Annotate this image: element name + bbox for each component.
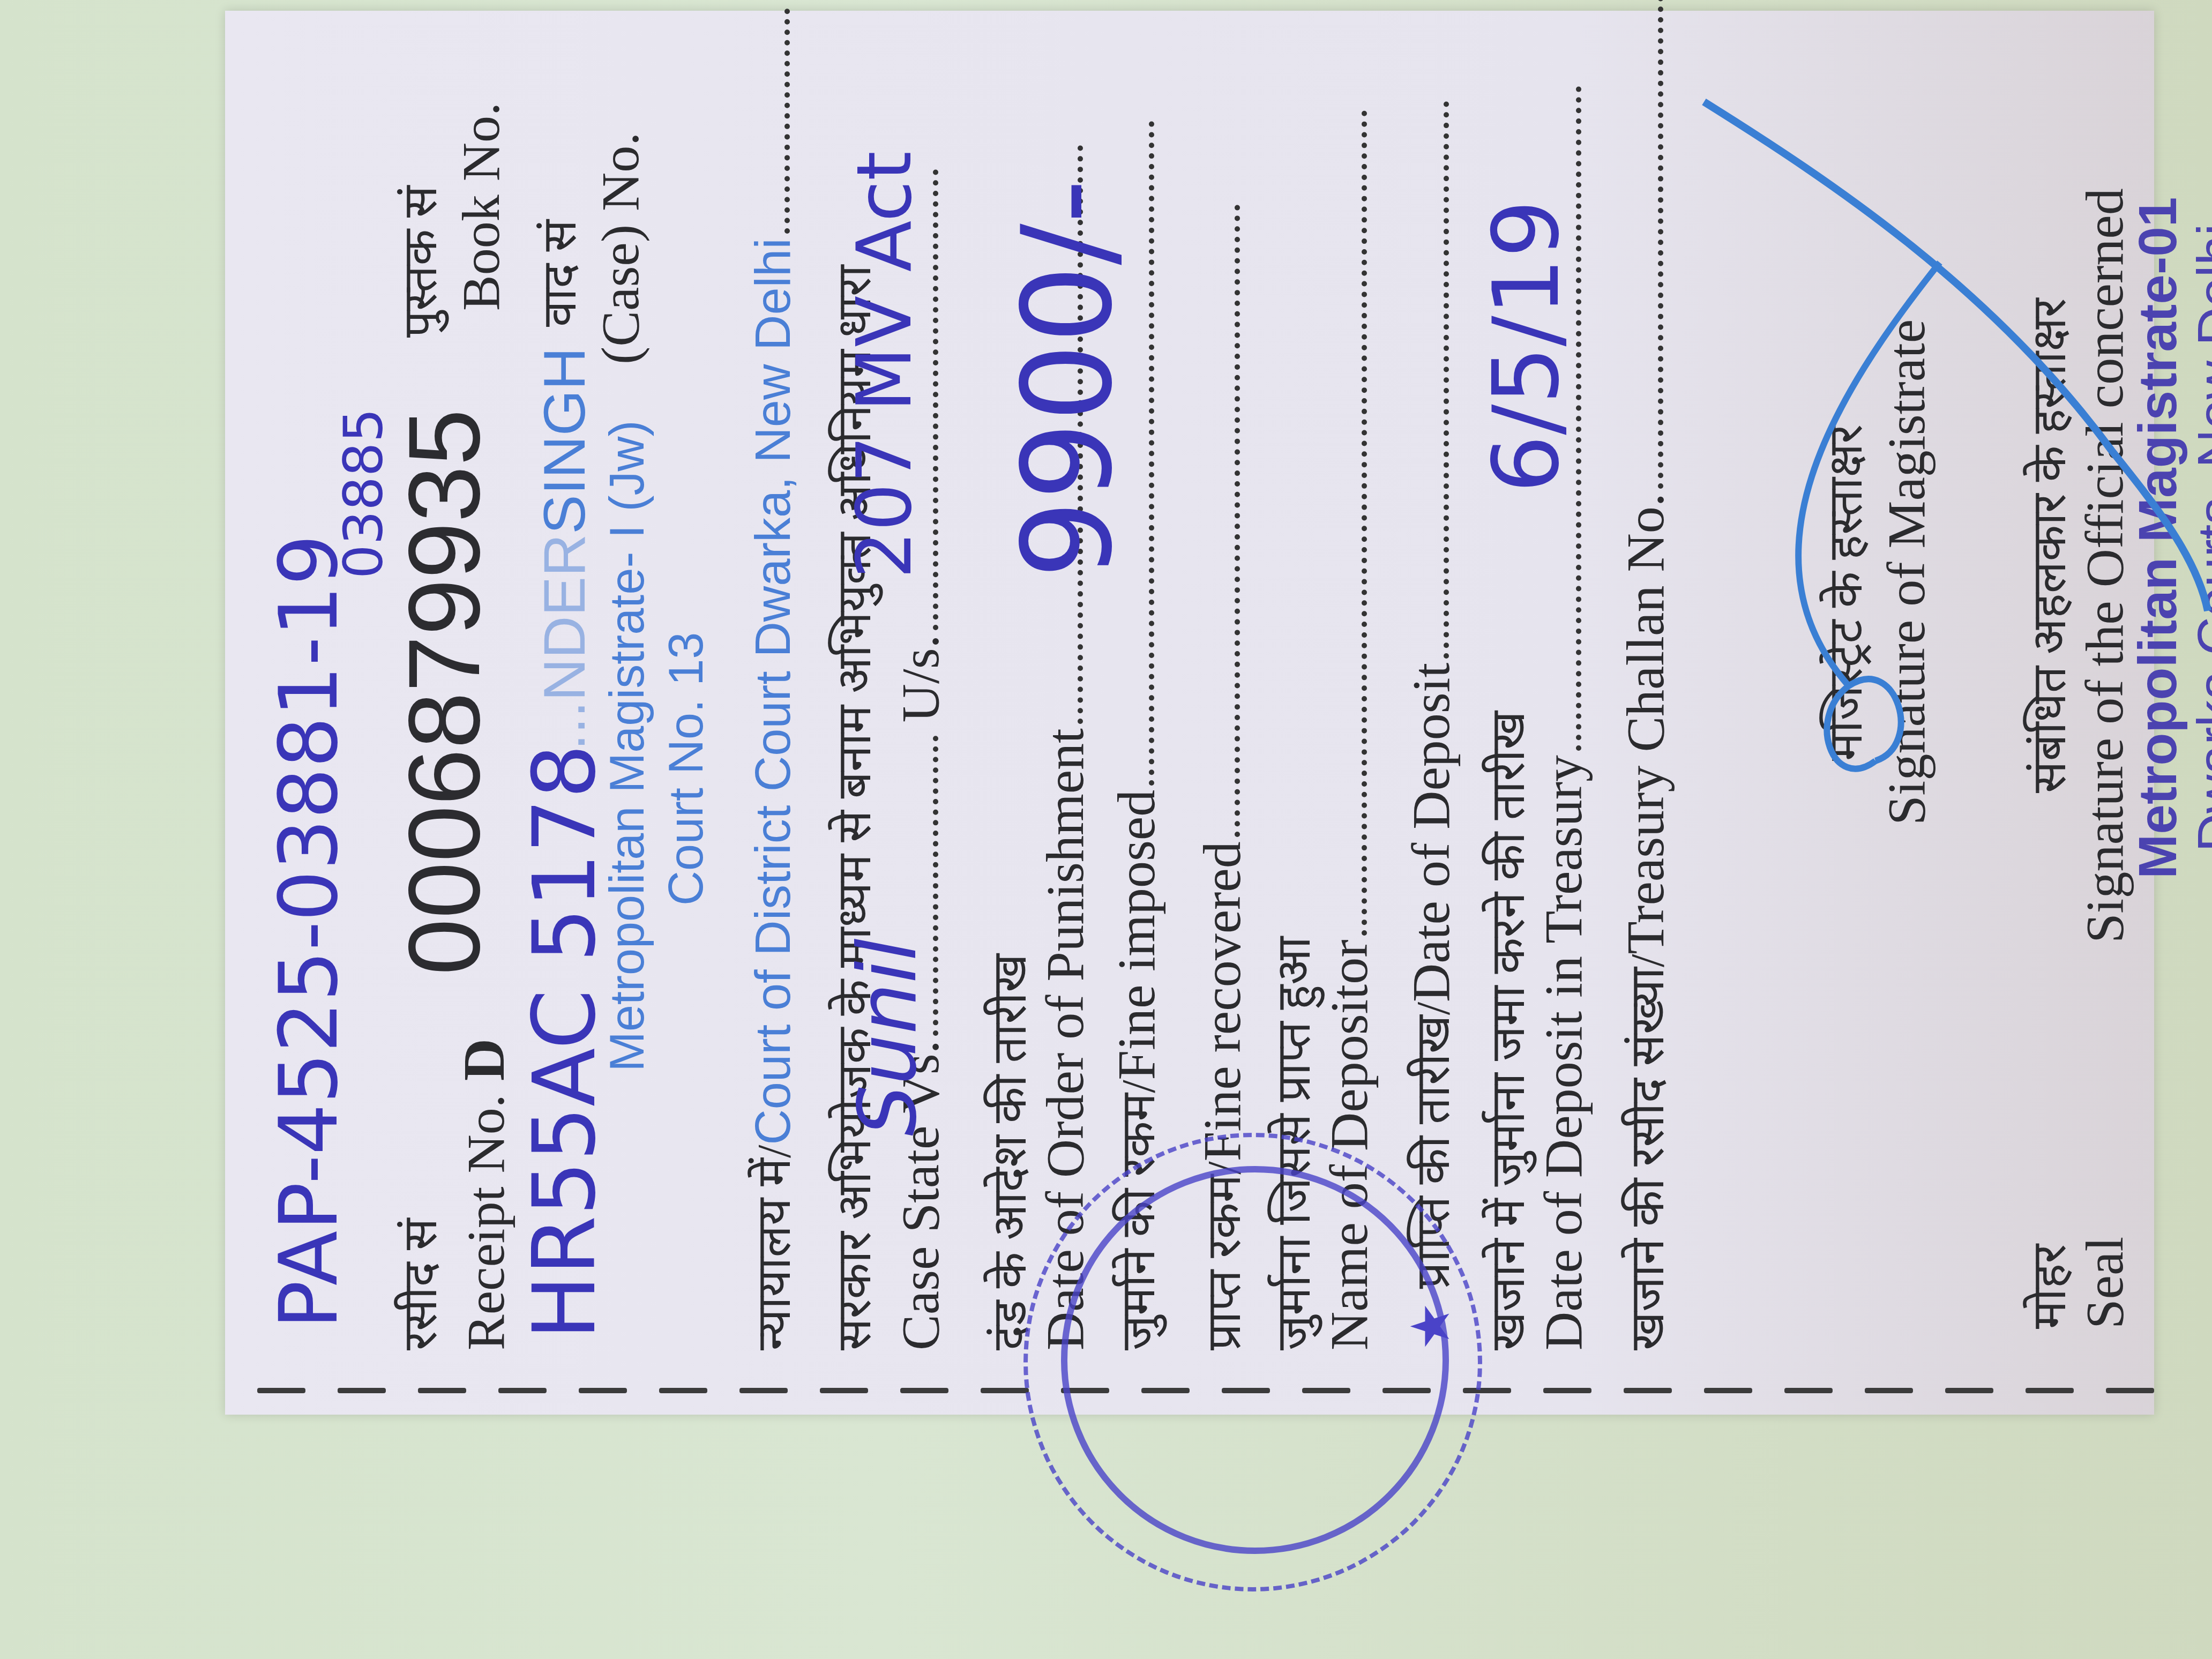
perforation-dash [1865,1388,1913,1393]
stamp-name: ...NDERSINGH [530,347,599,750]
receipt-number: 0006879935 [386,409,503,975]
challan-en: Treasury Challan No. [1616,493,1675,954]
treasury-date-handwritten: 6/5/19 [1474,200,1580,493]
depositor-dots [1362,110,1367,936]
challan-row: खजाने की रसीद संख्या/Treasury Challan No… [1613,0,1677,1350]
us-label: U/s. [891,634,950,722]
case-label-hi: वाद सं [525,220,589,327]
fine-recovered-en: Fine recovered [1192,841,1252,1161]
fine-recovered-dots [1235,205,1240,837]
seal-hi: मोहर [2015,1244,2079,1329]
perforation-dash [1624,1388,1672,1393]
perforation-dash [579,1388,627,1393]
book-label-en: Book No. [450,102,512,311]
book-label-hi: पुस्तक सं [386,186,450,338]
perforation-dash [739,1388,788,1393]
perforation-dash [338,1388,386,1393]
court-label-hi: न्यायालय में/ [749,1145,801,1350]
fine-imposed-dots [1149,121,1154,786]
receipt-label-hi: रसीद सं [386,1219,450,1351]
perforation-dash [2106,1388,2154,1393]
perforation-dash [1945,1388,1993,1393]
receipt-label-en: Receipt No. D [450,1038,518,1350]
perforation-dash [659,1388,707,1393]
court-stamp: Court of District Court Dwarka, New Delh… [746,238,801,1145]
court-dots [784,9,790,234]
stamp-name-partial: ...NDER [532,534,597,750]
court-row: न्यायालय में/Court of District Court Dwa… [739,9,804,1350]
receipt-label-text: Receipt No. [456,1094,515,1350]
fine-imposed-en: Fine imposed [1107,790,1166,1080]
perforation-dash [498,1388,547,1393]
stamp-name-text: SINGH [532,347,597,534]
challan-dots [1658,0,1663,489]
court-fine-receipt: PAP-4525-03881-19 03885 रसीद सं Receipt … [225,11,2154,1415]
perforation-dash [418,1388,466,1393]
perforation-dash [900,1388,948,1393]
order-date-hi: दंड के आदेश की तारीख [975,954,1040,1350]
seal-en: Seal [2074,1237,2135,1329]
perforation-dash [981,1388,1029,1393]
deposit-date-row: ★ प्राप्ति की तारीख/Date of Deposit [1399,101,1463,1350]
stamp-court-line1: Metropolitan Magistrate- I (Jw) [600,421,655,1072]
signature-scribble [1672,75,2212,825]
deposit-date-dots [1444,101,1449,659]
vehicle-number-handwritten: HR55AC 5178 [514,744,615,1340]
treasury-date-hi: खजाने में जुर्माना जमा करने की तारीख [1474,711,1538,1350]
us-dots [933,169,938,630]
accused-handwritten: Sunil [841,938,935,1136]
deposit-date-en: Date of Deposit [1401,663,1461,1002]
case-label-en: (Case) No. [589,132,651,364]
perforation-dash [1784,1388,1833,1393]
handwritten-reference: PAP-4525-03881-19 [263,534,356,1329]
challan-hi: खजाने की रसीद संख्या/ [1622,954,1674,1350]
round-seal-outer [1023,1133,1482,1591]
section-handwritten: 207 MV Act [841,151,929,579]
fine-amount-handwritten: 9900/- [997,179,1140,579]
treasury-date-en: Date of Deposit in Treasury [1534,755,1593,1350]
stamp-court-line2: Court No. 13 [659,632,714,906]
receipt-prefix: D [451,1038,517,1081]
perforation-dash [1543,1388,1591,1393]
perforation-dash [257,1388,305,1393]
perforation-dash [820,1388,868,1393]
perforation-dash [1704,1388,1752,1393]
perforation-dash [2026,1388,2074,1393]
